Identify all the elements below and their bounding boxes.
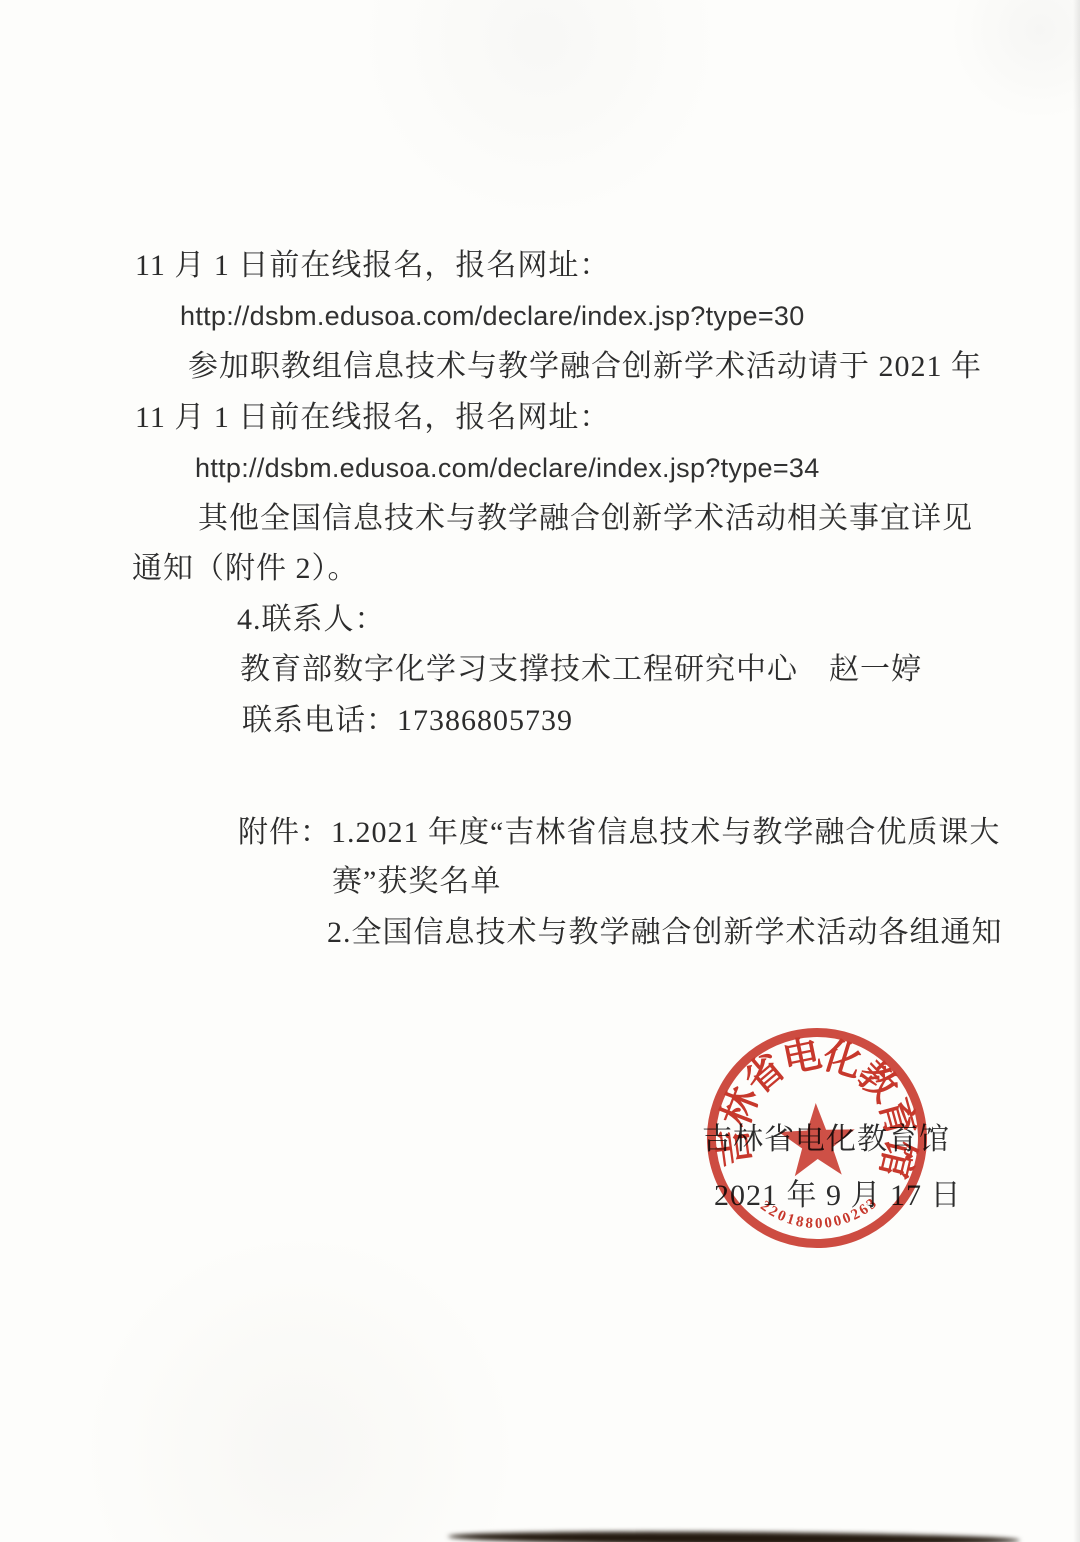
vocational-group-line: 参加职教组信息技术与教学融合创新学术活动请于 2021 年 bbox=[188, 351, 982, 383]
other-activities-line: 其他全国信息技术与教学融合创新学术活动相关事宜详见 bbox=[198, 503, 973, 535]
contact-org-name-line: 教育部数字化学习支撑技术工程研究中心 赵一婷 bbox=[240, 654, 922, 686]
signature-date: 2021 年 9 月 17 日 bbox=[714, 1180, 962, 1212]
contact-person-heading: 4.联系人： bbox=[237, 604, 386, 636]
registration-deadline-line-2: 11 月 1 日前在线报名，报名网址： bbox=[135, 402, 610, 434]
registration-url-type34: http://dsbm.edusoa.com/declare/index.jsp… bbox=[195, 454, 820, 482]
attachment-list-line-1: 附件：1.2021 年度“吉林省信息技术与教学融合优质课大 bbox=[238, 817, 1000, 849]
scan-right-edge bbox=[1073, 0, 1080, 1542]
registration-deadline-line: 11 月 1 日前在线报名，报名网址： bbox=[135, 250, 610, 282]
contact-phone-line: 联系电话：17386805739 bbox=[242, 705, 573, 737]
signature-org: 吉林省电化教育馆 bbox=[702, 1124, 950, 1156]
notice-attachment2-line: 通知（附件 2）。 bbox=[132, 553, 359, 585]
scan-bottom-shadow bbox=[448, 1530, 1020, 1542]
attachment-list-line-2: 赛”获奖名单 bbox=[332, 866, 501, 898]
attachment-list-line-3: 2.全国信息技术与教学融合创新学术活动各组通知 bbox=[327, 917, 1003, 949]
registration-url-type30: http://dsbm.edusoa.com/declare/index.jsp… bbox=[180, 302, 805, 330]
scanned-document-page: 11 月 1 日前在线报名，报名网址： http://dsbm.edusoa.c… bbox=[0, 0, 1080, 1542]
